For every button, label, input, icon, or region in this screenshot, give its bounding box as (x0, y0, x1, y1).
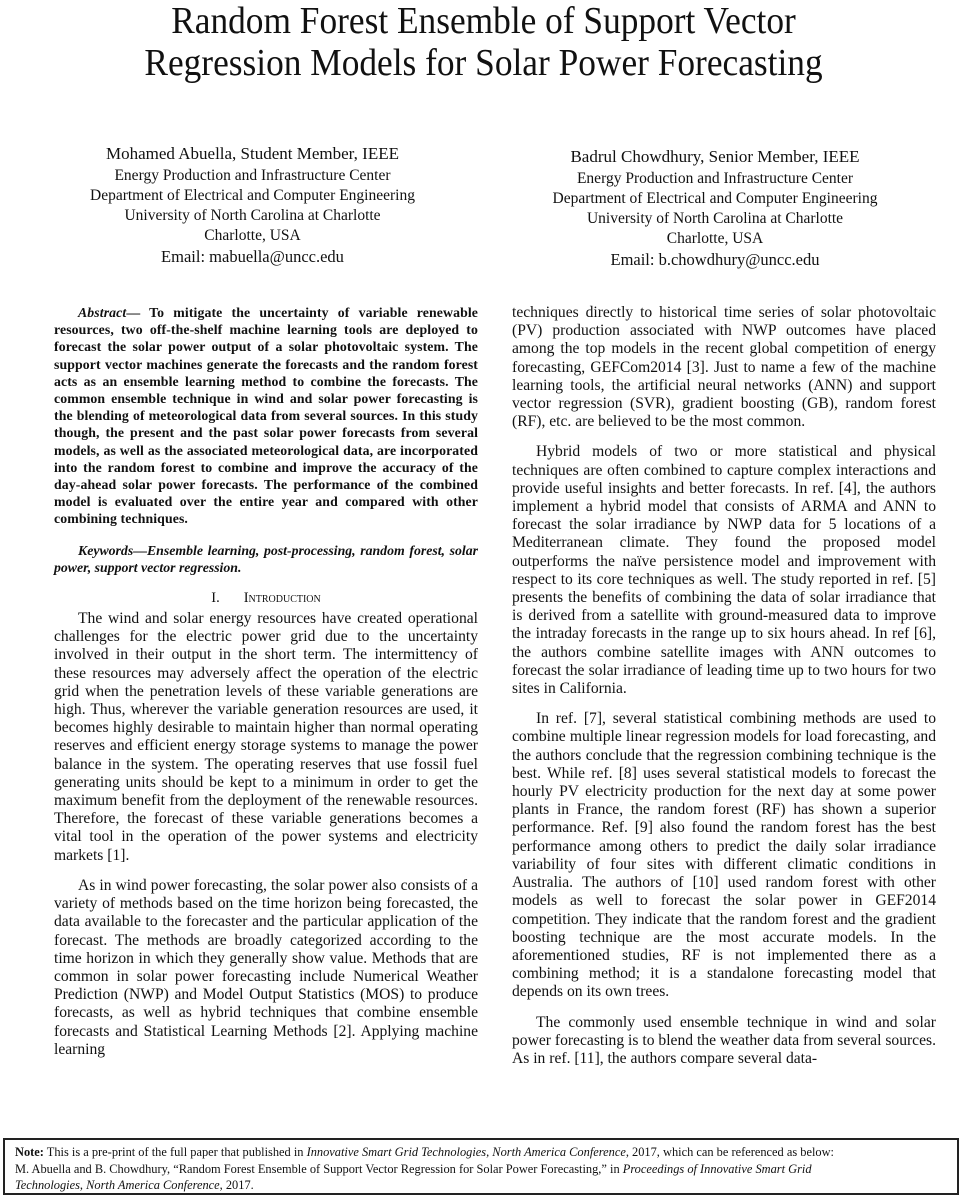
section-heading-introduction: I.Introduction (54, 588, 478, 608)
paragraph: As in wind power forecasting, the solar … (54, 877, 478, 1059)
note-label: Note: (15, 1145, 44, 1159)
paragraph: In ref. [7], several statistical combini… (512, 710, 936, 1001)
note-line-2: M. Abuella and B. Chowdhury, “Random For… (15, 1161, 947, 1178)
author-email: Email: b.chowdhury@uncc.edu (505, 249, 925, 270)
note-text: , 2017. (220, 1178, 254, 1192)
paper-title: Random Forest Ensemble of Support Vector… (34, 0, 933, 84)
author-name: Badrul Chowdhury, Senior Member, IEEE (505, 145, 925, 169)
paragraph: Hybrid models of two or more statistical… (512, 443, 936, 698)
left-column: Abstract— To mitigate the uncertainty of… (54, 304, 478, 1059)
author-name: Mohamed Abuella, Student Member, IEEE (40, 142, 465, 166)
note-venue: Innovative Smart Grid Technologies, Nort… (307, 1145, 626, 1159)
section-title: Introduction (244, 590, 321, 606)
title-line-1: Random Forest Ensemble of Support Vector (34, 0, 933, 42)
author-affiliation-line: Energy Production and Infrastructure Cen… (40, 166, 465, 186)
keywords: Keywords—Ensemble learning, post-process… (54, 542, 478, 576)
author-affiliation-line: University of North Carolina at Charlott… (505, 209, 925, 229)
note-text: , 2017, which can be referenced as below… (626, 1145, 834, 1159)
note-venue: Proceedings of Innovative Smart Grid (623, 1162, 812, 1176)
right-column: techniques directly to historical time s… (512, 304, 936, 1068)
paragraph: The wind and solar energy resources have… (54, 610, 478, 865)
author-affiliation-line: Department of Electrical and Computer En… (505, 189, 925, 209)
author-affiliation-line: Energy Production and Infrastructure Cen… (505, 169, 925, 189)
preprint-note-box: Note: This is a pre-print of the full pa… (3, 1138, 959, 1195)
abstract-dash: — (126, 305, 149, 320)
note-line-1: Note: This is a pre-print of the full pa… (15, 1144, 947, 1161)
author-affiliation-line: University of North Carolina at Charlott… (40, 206, 465, 226)
author-block-2: Badrul Chowdhury, Senior Member, IEEE En… (505, 145, 925, 270)
author-affiliation-line: Charlotte, USA (40, 226, 465, 246)
abstract-text: To mitigate the uncertainty of variable … (54, 305, 478, 526)
abstract-label: Abstract (78, 305, 126, 320)
note-text: This is a pre-print of the full paper th… (44, 1145, 307, 1159)
abstract: Abstract— To mitigate the uncertainty of… (54, 304, 478, 528)
author-affiliation-line: Charlotte, USA (505, 229, 925, 249)
author-affiliation-line: Department of Electrical and Computer En… (40, 186, 465, 206)
author-block-1: Mohamed Abuella, Student Member, IEEE En… (40, 142, 465, 267)
author-email: Email: mabuella@uncc.edu (40, 246, 465, 267)
note-venue: Technologies, North America Conference (15, 1178, 220, 1192)
title-line-2: Regression Models for Solar Power Foreca… (34, 42, 933, 84)
paragraph: The commonly used ensemble technique in … (512, 1014, 936, 1069)
paragraph-continued: techniques directly to historical time s… (512, 304, 936, 431)
note-citation: M. Abuella and B. Chowdhury, “Random For… (15, 1162, 623, 1176)
note-line-3: Technologies, North America Conference, … (15, 1177, 947, 1194)
section-number: I. (211, 590, 219, 606)
